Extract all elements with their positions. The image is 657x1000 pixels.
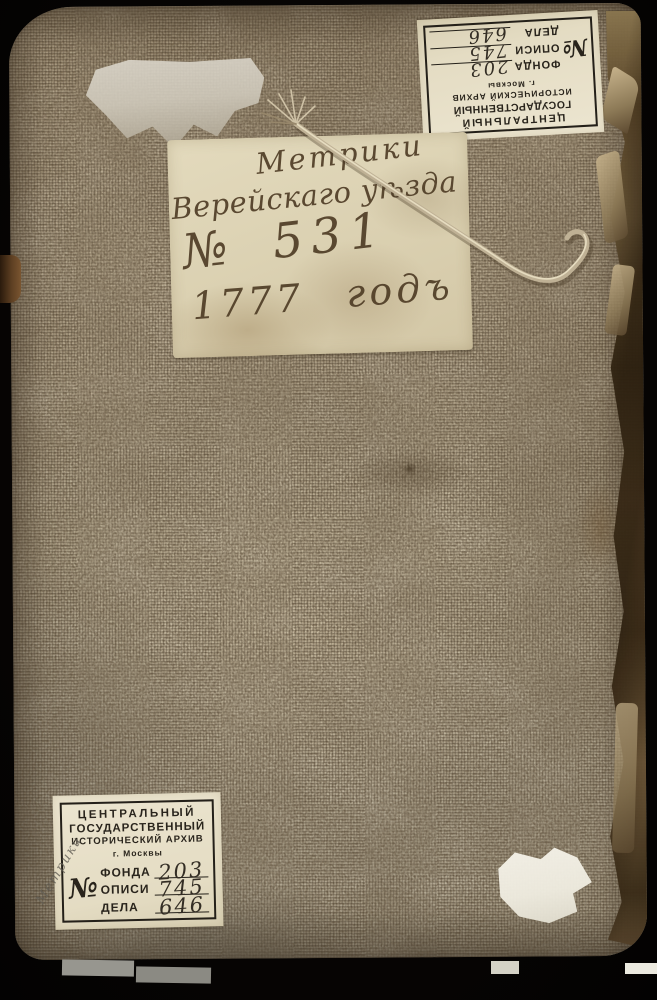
archive-stamp-bottom-left: ЦЕНТРАЛЬНЫЙ ГОСУДАРСТВЕННЫЙ ИСТОРИЧЕСКИЙ… [53,792,224,930]
ruler-strip [62,959,134,976]
delo-value-line: 646 [155,894,209,913]
stamp-rows: № ФОНДА 203 ОПИСИ 745 ДЕЛА 646 [68,860,209,915]
opis-label: ОПИСИ [100,882,154,897]
photo-backdrop: ЦЕНТРАЛЬНЫЙ ГОСУДАРСТВЕННЫЙ ИСТОРИЧЕСКИЙ… [0,0,657,1000]
stamp-row-delo: ДЕЛА 646 [101,895,209,914]
delo-label: ДЕЛА [101,900,155,915]
stamp-border: ЦЕНТРАЛЬНЫЙ ГОСУДАРСТВЕННЫЙ ИСТОРИЧЕСКИЙ… [60,799,217,922]
stamp-row-list: ФОНДА 203 ОПИСИ 745 ДЕЛА 646 [100,860,209,914]
ruler-strip [491,961,519,974]
ruler-strip [136,966,211,983]
ruler-strip [625,963,657,974]
cord-frayed-end [262,90,315,124]
delo-number-handwritten: 646 [158,892,206,919]
cord-strokes [262,90,590,284]
stamp-number-sign: № [67,874,101,904]
fond-label: ФОНДА [100,865,154,880]
